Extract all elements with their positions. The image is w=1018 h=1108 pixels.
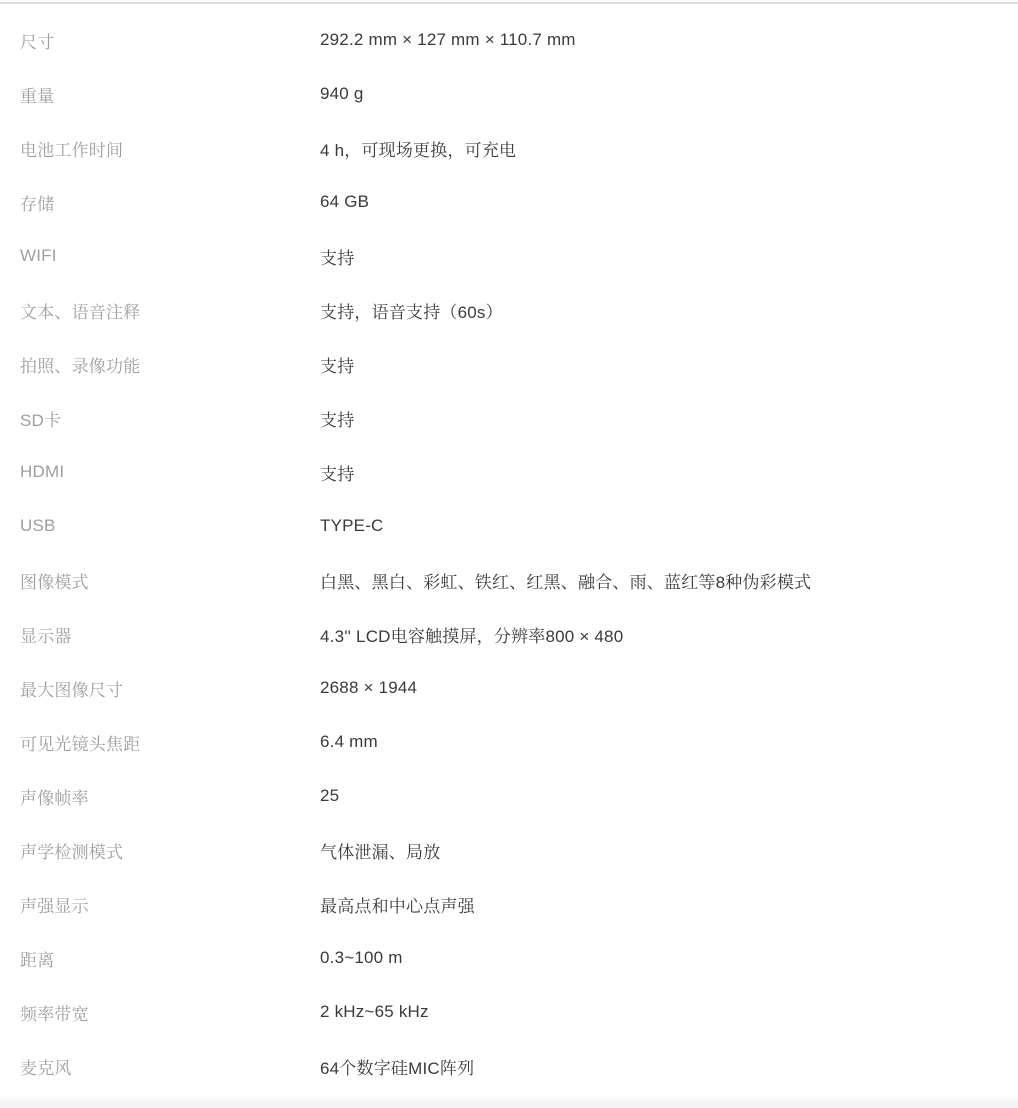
spec-label: 显示器 xyxy=(20,622,320,647)
spec-value: 4.3'' LCD电容触摸屏，分辨率800 × 480 xyxy=(320,622,1018,647)
spec-row: 尺寸 292.2 mm × 127 mm × 110.7 mm xyxy=(0,13,1018,67)
spec-value: 64个数字硅MIC阵列 xyxy=(320,1054,1018,1079)
spec-value: 4 h，可现场更换，可充电 xyxy=(320,136,1018,161)
spec-value: 64 GB xyxy=(320,192,1018,212)
spec-row: SD卡 支持 xyxy=(0,391,1018,445)
spec-row: 重量 940 g xyxy=(0,67,1018,121)
spec-row: HDMI 支持 xyxy=(0,445,1018,499)
spec-value: 6.4 mm xyxy=(320,732,1018,752)
spec-value: 0.3~100 m xyxy=(320,948,1018,968)
spec-label: 电池工作时间 xyxy=(20,136,320,161)
spec-value: TYPE-C xyxy=(320,516,1018,536)
spec-row: 频率带宽 2 kHz~65 kHz xyxy=(0,985,1018,1039)
bottom-section-edge xyxy=(0,1093,1018,1108)
spec-label: 文本、语音注释 xyxy=(20,298,320,323)
spec-label: WIFI xyxy=(20,246,320,266)
spec-label: USB xyxy=(20,516,320,536)
spec-value: 支持 xyxy=(320,406,1018,431)
spec-row: 图像模式 白黑、黑白、彩虹、铁红、红黑、融合、雨、蓝红等8种伪彩模式 xyxy=(0,553,1018,607)
spec-row: 最大图像尺寸 2688 × 1944 xyxy=(0,661,1018,715)
spec-value: 2688 × 1944 xyxy=(320,678,1018,698)
spec-value: 支持 xyxy=(320,352,1018,377)
spec-label: HDMI xyxy=(20,462,320,482)
spec-value: 白黑、黑白、彩虹、铁红、红黑、融合、雨、蓝红等8种伪彩模式 xyxy=(320,568,1018,593)
spec-label: 声像帧率 xyxy=(20,784,320,809)
spec-row: 显示器 4.3'' LCD电容触摸屏，分辨率800 × 480 xyxy=(0,607,1018,661)
spec-value: 最高点和中心点声强 xyxy=(320,892,1018,917)
spec-label: 拍照、录像功能 xyxy=(20,352,320,377)
spec-value: 支持 xyxy=(320,244,1018,269)
spec-label: 声学检测模式 xyxy=(20,838,320,863)
spec-row: WIFI 支持 xyxy=(0,229,1018,283)
spec-label: 重量 xyxy=(20,82,320,107)
spec-label: SD卡 xyxy=(20,406,320,431)
spec-label: 存储 xyxy=(20,190,320,215)
spec-row: USB TYPE-C xyxy=(0,499,1018,553)
spec-row: 声强显示 最高点和中心点声强 xyxy=(0,877,1018,931)
spec-row: 距离 0.3~100 m xyxy=(0,931,1018,985)
spec-label: 频率带宽 xyxy=(20,1000,320,1025)
spec-value: 支持，语音支持（60s） xyxy=(320,298,1018,323)
spec-value: 气体泄漏、局放 xyxy=(320,838,1018,863)
spec-value: 25 xyxy=(320,786,1018,806)
spec-label: 图像模式 xyxy=(20,568,320,593)
spec-row: 文本、语音注释 支持，语音支持（60s） xyxy=(0,283,1018,337)
spec-row: 麦克风 64个数字硅MIC阵列 xyxy=(0,1039,1018,1093)
spec-row: 拍照、录像功能 支持 xyxy=(0,337,1018,391)
spec-label: 可见光镜头焦距 xyxy=(20,730,320,755)
spec-row: 电池工作时间 4 h，可现场更换，可充电 xyxy=(0,121,1018,175)
spec-table: 尺寸 292.2 mm × 127 mm × 110.7 mm 重量 940 g… xyxy=(0,4,1018,1093)
spec-value: 2 kHz~65 kHz xyxy=(320,1002,1018,1022)
spec-value: 940 g xyxy=(320,84,1018,104)
spec-label: 最大图像尺寸 xyxy=(20,676,320,701)
spec-row: 声像帧率 25 xyxy=(0,769,1018,823)
spec-value: 支持 xyxy=(320,460,1018,485)
spec-row: 可见光镜头焦距 6.4 mm xyxy=(0,715,1018,769)
spec-row: 声学检测模式 气体泄漏、局放 xyxy=(0,823,1018,877)
spec-label: 距离 xyxy=(20,946,320,971)
spec-label: 麦克风 xyxy=(20,1054,320,1079)
spec-label: 声强显示 xyxy=(20,892,320,917)
spec-row: 存储 64 GB xyxy=(0,175,1018,229)
spec-label: 尺寸 xyxy=(20,28,320,53)
spec-value: 292.2 mm × 127 mm × 110.7 mm xyxy=(320,30,1018,50)
